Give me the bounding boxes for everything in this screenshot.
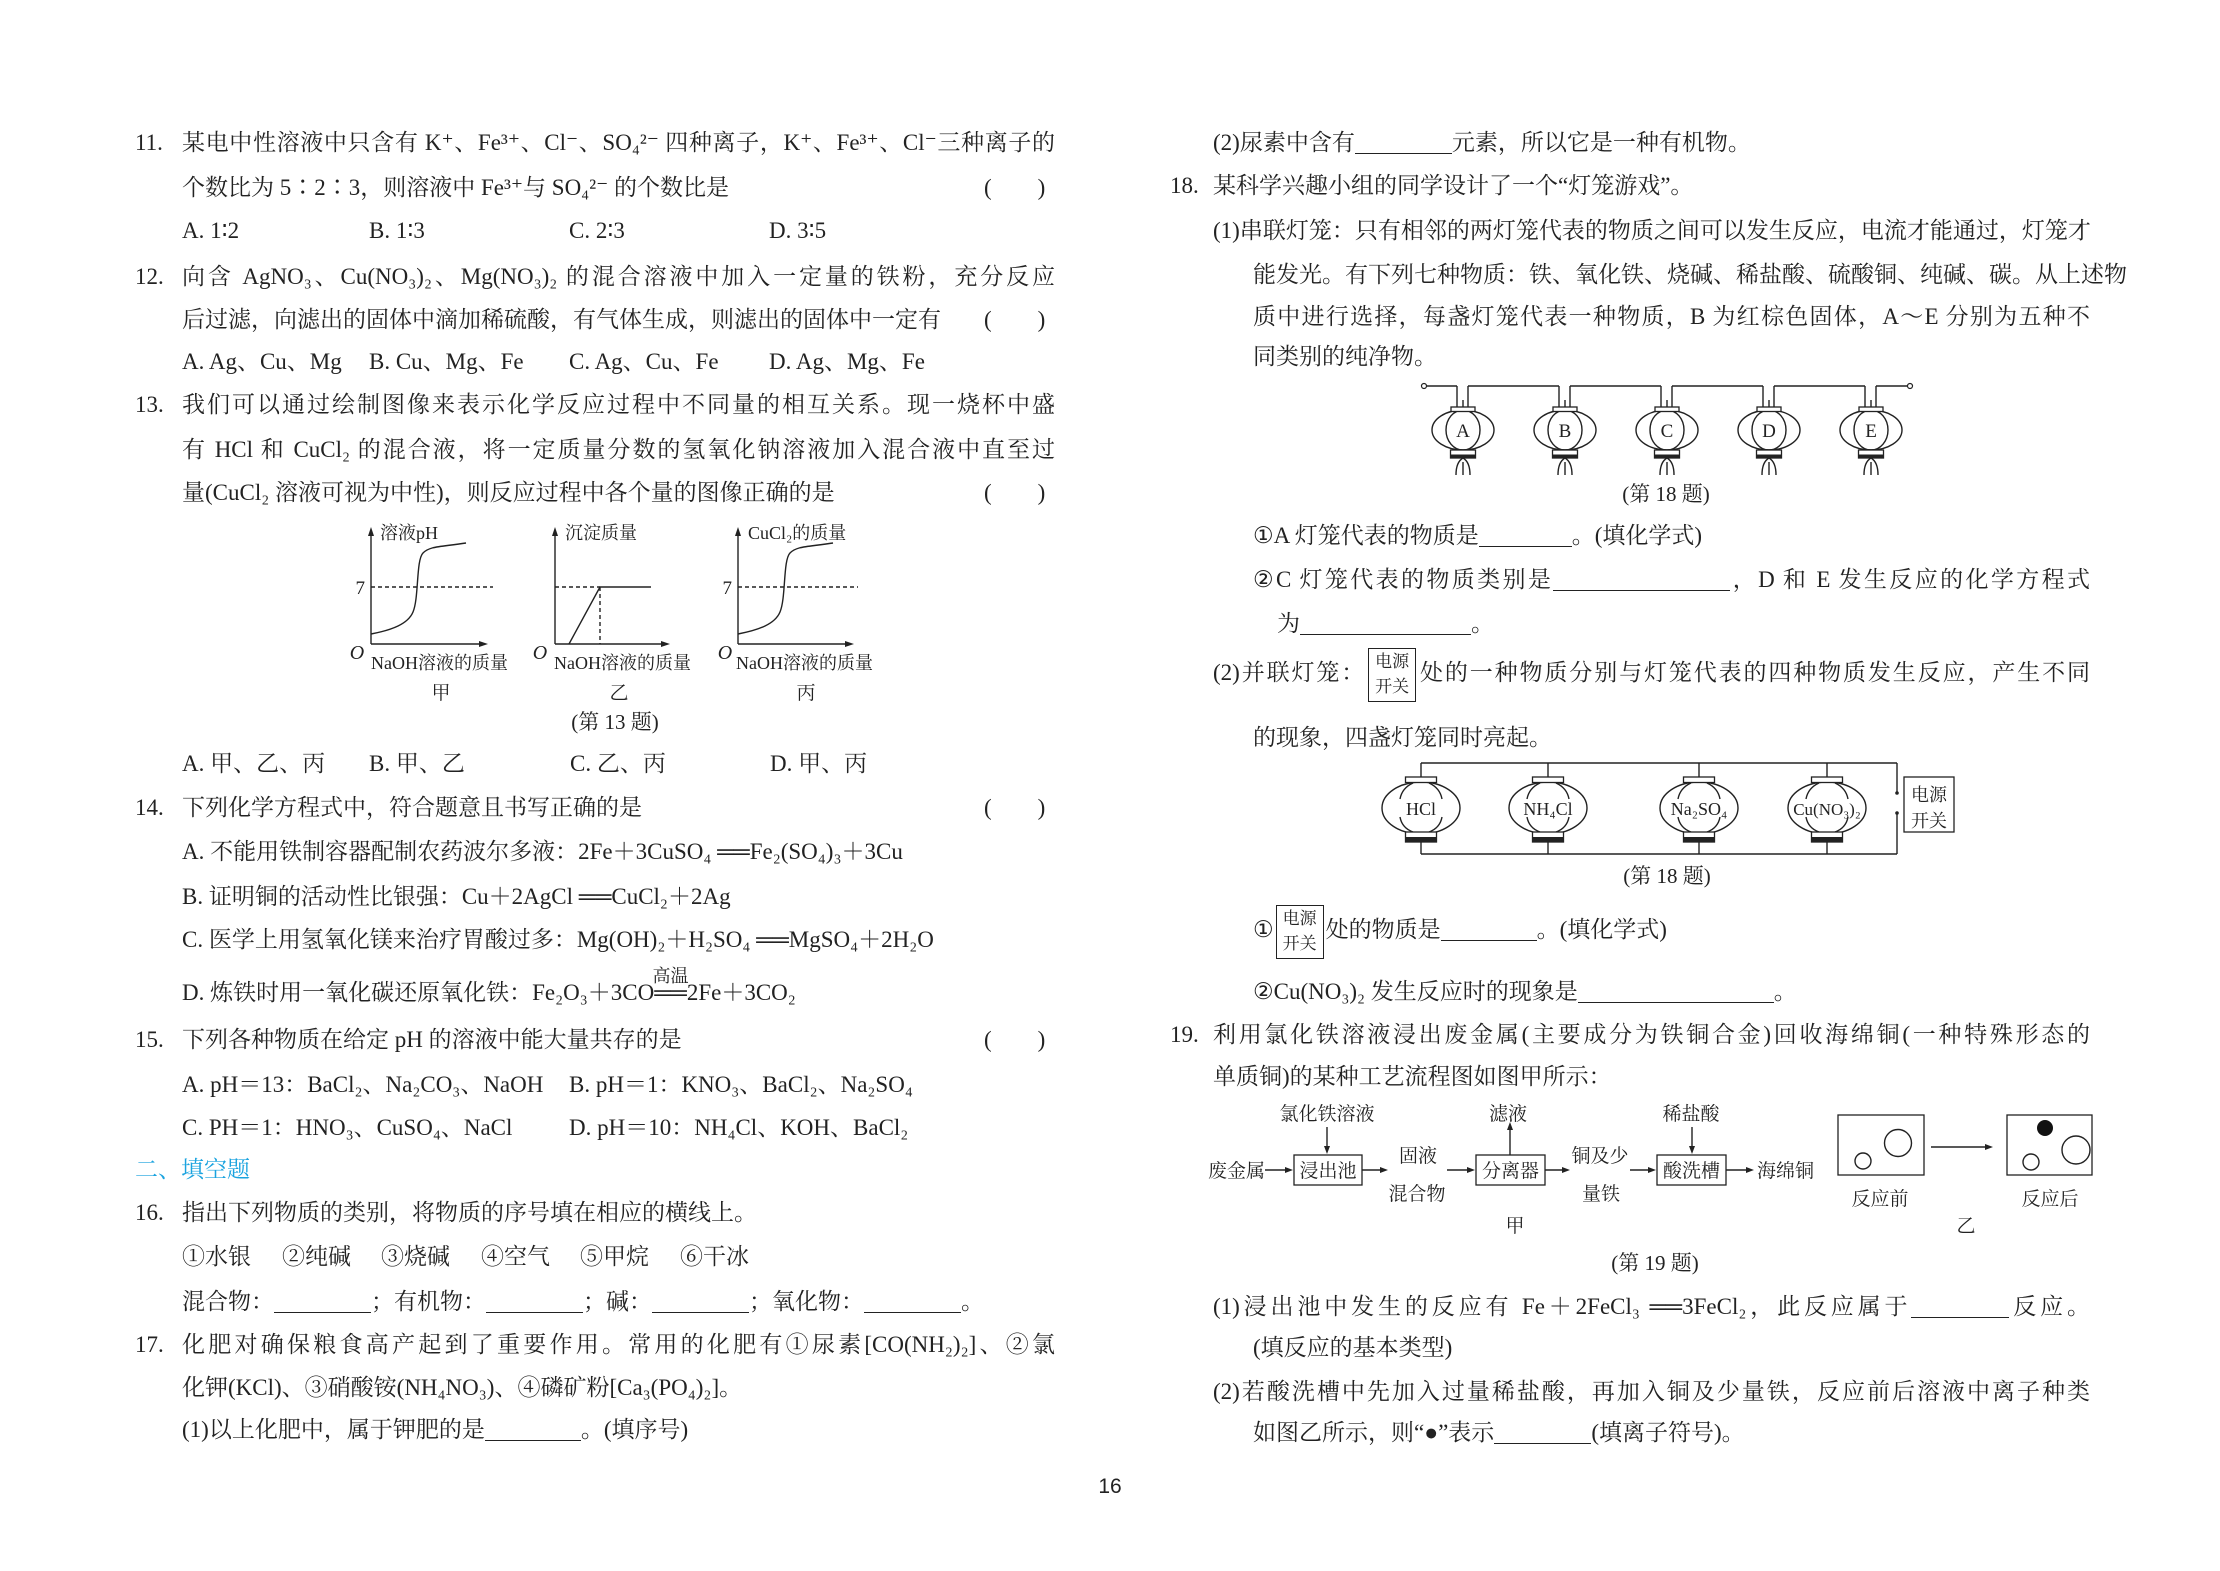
q16-item-2: ②纯碱: [282, 1235, 351, 1279]
q2-text: ②Cu(NO₃)₂ 发生反应时的现象是: [1253, 979, 1578, 1004]
y-axis-arrow-icon: [552, 527, 558, 536]
q2-tail: 。: [1774, 979, 1797, 1004]
q14-number: 14.: [135, 786, 164, 830]
q19-line-1: 利用氯化铁溶液浸出废金属(主要成分为铁铜合金)回收海绵铜(一种特殊形态的: [1213, 1013, 2090, 1057]
series-lantern-diagram: A B C D: [1410, 375, 1930, 485]
q14-option-a: A. 不能用铁制容器配制农药波尔多液：2Fe＋3CuSO₄ ══Fe₂(SO₄)…: [182, 830, 903, 874]
q15-option-b: B. pH＝1：KNO₃、BaCl₂、Na₂SO₄: [569, 1063, 913, 1107]
graph-yi: O 沉淀质量 NaOH溶液的质量 乙: [533, 523, 691, 704]
lantern-label: HCl: [1406, 799, 1436, 819]
q14-option-c: C. 医学上用氢氧化镁来治疗胃酸过多：Mg(OH)₂＋H₂SO₄ ══MgSO₄…: [182, 918, 934, 962]
q11-option-d: D. 3∶5: [769, 209, 826, 253]
x-axis-arrow-icon: [845, 641, 854, 647]
q19-number: 19.: [1170, 1013, 1199, 1057]
lantern-e: E: [1840, 386, 1902, 475]
q14-stem: 下列化学方程式中，符合题意且书写正确的是: [182, 786, 642, 830]
sub1-text: (1)以上化肥中，属于钾肥的是: [182, 1417, 485, 1442]
y-axis-label: 沉淀质量: [565, 523, 637, 543]
sub1-tail: 。(填序号): [581, 1417, 688, 1442]
terminal-left: [1422, 384, 1427, 389]
q12-option-a: A. Ag、Cu、Mg: [182, 340, 342, 384]
q1-text: ①A 灯笼代表的物质是: [1253, 523, 1479, 548]
q16-number: 16.: [135, 1191, 164, 1235]
q13-line-3: 量(CuCl₂ 溶液可视为中性)，则反应过程中各个量的图像正确的是: [182, 471, 835, 515]
section-heading-fill-in: 二、填空题: [135, 1148, 250, 1192]
q18-number: 18.: [1170, 164, 1199, 208]
q1-tail: 。(填化学式): [1537, 917, 1667, 942]
sub2-text: 如图乙所示，则“●”表示: [1253, 1420, 1494, 1445]
q14-option-b: B. 证明铜的活动性比银强：Cu＋2AgCl ══CuCl₂＋2Ag: [182, 875, 731, 919]
q14-answer-paren: ( ): [984, 786, 1045, 830]
box-top: 电源: [1369, 649, 1415, 674]
unit-label: 浸出池: [1299, 1160, 1356, 1182]
q13-number: 13.: [135, 383, 164, 427]
q11-number: 11.: [135, 121, 163, 165]
q13-answer-paren: ( ): [984, 471, 1045, 515]
q18-part1-q1: ①A 灯笼代表的物质是。(填化学式): [1253, 514, 1702, 558]
q19-sub-1: (1)浸出池中发生的反应有 Fe＋2FeCl₃ ══3FeCl₂，此反应属于反应…: [1213, 1285, 2090, 1329]
q18-part2-line-1: (2)并联灯笼：电源开关处的一种物质分别与灯笼代表的四种物质发生反应，产生不同: [1213, 651, 2090, 695]
label-base: ；碱：: [583, 1289, 652, 1314]
box-bottom: 开关: [1369, 674, 1415, 699]
q17-number: 17.: [135, 1323, 164, 1367]
q16-item-1: ①水银: [182, 1235, 251, 1279]
curve: [371, 543, 466, 634]
arrow-right-icon: [1285, 1167, 1293, 1173]
x-axis-label: NaOH溶液的质量: [736, 653, 873, 673]
reaction-condition-sign: 高温══: [654, 981, 687, 1004]
switch-top-label: 电源: [1911, 785, 1948, 805]
answer-blank: [1911, 1317, 2009, 1318]
lantern-label: E: [1865, 421, 1877, 442]
sub2-text: (2)尿素中含有: [1213, 130, 1355, 155]
q13-line-2: 有 HCl 和 CuCl₂ 的混合液，将一定质量分数的氢氧化钠溶液加入混合液中直…: [182, 428, 1055, 472]
y-tick-7: 7: [723, 578, 733, 599]
q19-line-2: 单质铜)的某种工艺流程图如图甲所示：: [1213, 1055, 1612, 1099]
y-tick-7: 7: [356, 578, 366, 599]
q11-line-1: 某电中性溶液中只含有 K⁺、Fe³⁺、Cl⁻、SO₄²⁻ 四种离子，K⁺、Fe³…: [182, 121, 1055, 165]
y-axis-arrow-icon: [368, 527, 374, 536]
answer-blank: [1479, 546, 1572, 547]
answer-blank-mixture: [274, 1312, 371, 1313]
exam-page: 11. 某电中性溶液中只含有 K⁺、Fe³⁺、Cl⁻、SO₄²⁻ 四种离子，K⁺…: [0, 0, 2220, 1571]
lantern-c: C: [1636, 386, 1698, 475]
precipitate-line: [569, 587, 651, 644]
arrow-down-icon: [1689, 1146, 1695, 1154]
stream2-top: 铜及少: [1571, 1145, 1628, 1167]
power-switch-box: 电源开关: [1368, 648, 1416, 702]
origin-label: O: [350, 642, 364, 664]
figure-label-jia: 甲: [1505, 1216, 1524, 1237]
lantern-label: Cu(NO₃)₂: [1793, 800, 1861, 819]
lantern-hcl: HCl: [1382, 763, 1460, 854]
lantern-label: B: [1559, 421, 1572, 442]
q16-answer-line: 混合物：；有机物：；碱：；氧化物：。: [182, 1280, 984, 1324]
q18-series-caption: (第 18 题): [1596, 472, 1736, 516]
q15-option-d: D. pH＝10：NH₄Cl、KOH、BaCl₂: [569, 1106, 908, 1150]
stream2-bottom: 量铁: [1582, 1183, 1620, 1205]
figure-label-yi: 乙: [1956, 1216, 1975, 1237]
q19-figure-caption: (第 19 题): [1585, 1241, 1725, 1285]
sub2-tail: (填离子符号)。: [1591, 1420, 1744, 1445]
q12-option-c: C. Ag、Cu、Fe: [569, 340, 719, 384]
arrow-right-icon: [1648, 1167, 1656, 1173]
answer-blank-category: [1553, 590, 1730, 591]
part2-prefix: (2)并联灯笼：: [1213, 660, 1366, 685]
x-axis-arrow-icon: [479, 641, 488, 647]
unit-label: 分离器: [1482, 1160, 1539, 1182]
q12-line-2: 后过滤，向滤出的固体中滴加稀硫酸，有气体生成，则滤出的固体中一定有: [182, 298, 941, 342]
graph-bing: 7 O CuCl₂的质量 NaOH溶液的质量 丙: [718, 523, 873, 704]
q2-line2-tail: 。: [1471, 611, 1494, 636]
y-axis-arrow-icon: [735, 527, 741, 536]
graph-name: 甲: [431, 683, 450, 704]
answer-blank: [1355, 153, 1452, 154]
q16-stem: 指出下列物质的类别，将物质的序号填在相应的横线上。: [182, 1191, 757, 1235]
origin-label: O: [718, 642, 732, 664]
parallel-lantern-diagram: 电源 开关 HCl NH₄Cl Na₂SO₄: [1370, 755, 1970, 860]
reagent-dilute-hcl: 稀盐酸: [1662, 1103, 1720, 1125]
product-sponge-copper: 海绵铜: [1757, 1160, 1814, 1182]
q1-tail: 。(填化学式): [1572, 523, 1702, 548]
origin-label: O: [533, 642, 547, 664]
q15-answer-paren: ( ): [984, 1018, 1045, 1062]
label-organic: ；有机物：: [371, 1289, 486, 1314]
lantern-nh4cl: NH₄Cl: [1509, 763, 1587, 854]
power-switch: 电源 开关: [1904, 777, 1954, 832]
q18-part1-line-2: 能发光。有下列七种物质：铁、氧化铁、烧碱、稀盐酸、硫酸铜、纯碱、碳。从上述物: [1253, 253, 2090, 297]
sub1-text: (1)浸出池中发生的反应有 Fe＋2FeCl₃ ══3FeCl₂，此反应属于: [1213, 1294, 1911, 1319]
q12-option-b: B. Cu、Mg、Fe: [369, 340, 524, 384]
q18-part1-line-4: 同类别的纯净物。: [1253, 335, 1437, 379]
q1-text: 处的物质是: [1326, 917, 1441, 942]
q12-line-1: 向含 AgNO₃、Cu(NO₃)₂、Mg(NO₃)₂ 的混合溶液中加入一定量的铁…: [182, 255, 1055, 299]
q12-answer-paren: ( ): [984, 298, 1045, 342]
answer-blank: [485, 1440, 581, 1441]
q13-option-d: D. 甲、丙: [770, 742, 867, 786]
lantern-b: B: [1534, 386, 1596, 475]
graph-jia: 7 O 溶液pH NaOH溶液的质量 甲: [350, 523, 508, 704]
q15-stem: 下列各种物质在给定 pH 的溶液中能大量共存的是: [182, 1018, 682, 1062]
lantern-cu-no3-2: Cu(NO₃)₂: [1788, 763, 1866, 854]
arrow-right-icon: [1562, 1167, 1570, 1173]
lantern-label: D: [1762, 421, 1776, 442]
answer-blank: [1494, 1443, 1591, 1444]
lantern-label: C: [1661, 421, 1674, 442]
sub1-tail: 反应。: [2009, 1294, 2090, 1319]
after-label: 反应后: [2021, 1188, 2078, 1210]
q2-line2-text: 为: [1277, 611, 1300, 636]
lantern-d: D: [1738, 386, 1800, 475]
q16-item-4: ④空气: [481, 1235, 550, 1279]
q15-number: 15.: [135, 1018, 164, 1062]
q17-line-2: 化钾(KCl)、③硝酸铵(NH₄NO₃)、④磷矿粉[Ca₃(PO₄)₂]。: [182, 1366, 742, 1410]
box-top: 电源: [1277, 906, 1323, 931]
y-axis-label: 溶液pH: [380, 523, 438, 543]
q19-process-figure: 氯化铁溶液 废金属 浸出池 固液 混合物 分离器 滤液 铜及少 量铁 酸洗槽 稀…: [1200, 1095, 2110, 1240]
q11-option-c: C. 2∶3: [569, 209, 625, 253]
graph-name: 丙: [796, 682, 815, 704]
q19-sub-2-line-2: 如图乙所示，则“●”表示(填离子符号)。: [1253, 1411, 1745, 1455]
sub2-tail: 元素，所以它是一种有机物。: [1452, 130, 1751, 155]
q12-number: 12.: [135, 255, 164, 299]
lantern-na2so4: Na₂SO₄: [1660, 763, 1738, 854]
q13-option-b: B. 甲、乙: [369, 742, 465, 786]
q13-figure-caption: (第 13 题): [545, 700, 685, 744]
lantern-label: NH₄Cl: [1523, 799, 1572, 819]
arrow-right-icon: [1380, 1167, 1388, 1173]
q17-sub-1: (1)以上化肥中，属于钾肥的是。(填序号): [182, 1408, 688, 1452]
box-bottom: 开关: [1277, 931, 1323, 956]
answer-blank-oxide: [864, 1312, 961, 1313]
answer-blank-base: [652, 1312, 749, 1313]
q16-item-3: ③烧碱: [381, 1235, 450, 1279]
q2-text: ②C 灯笼代表的物质类别是: [1253, 567, 1553, 592]
q18-part1-q2-line2: 为。: [1277, 602, 1494, 646]
stream1-top: 固液: [1399, 1145, 1437, 1167]
option-d-reactants: D. 炼铁时用一氧化碳还原氧化铁：Fe₂O₃＋3CO: [182, 980, 654, 1005]
q2-middle: ，D 和 E 发生反应的化学方程式: [1730, 567, 2090, 592]
line-end: 。: [961, 1289, 984, 1314]
x-axis-arrow-icon: [661, 641, 670, 647]
x-axis-label: NaOH溶液的质量: [554, 653, 691, 673]
answer-blank-organic: [486, 1312, 583, 1313]
q18-part1-q2: ②C 灯笼代表的物质类别是，D 和 E 发生反应的化学方程式: [1253, 558, 2090, 602]
reaction-condition-label: 高温: [644, 967, 697, 985]
option-d-products: 2Fe＋3CO₂: [687, 980, 796, 1005]
q17-sub-2: (2)尿素中含有元素，所以它是一种有机物。: [1213, 121, 1751, 165]
ion-diagram-yi: 反应前 反应后 乙: [1838, 1115, 2092, 1237]
q13-option-a: A. 甲、乙、丙: [182, 742, 325, 786]
series-wires: [1422, 384, 1913, 389]
arrow-right-icon: [1467, 1167, 1475, 1173]
q18-part2-q1: ①电源开关处的物质是。(填化学式): [1253, 908, 1667, 952]
flowchart-jia: 氯化铁溶液 废金属 浸出池 固液 混合物 分离器 滤液 铜及少 量铁 酸洗槽 稀…: [1208, 1103, 1814, 1237]
terminal-right: [1908, 384, 1913, 389]
byproduct-filtrate: 滤液: [1489, 1103, 1527, 1125]
q18-part2-line-2: 的现象，四盏灯笼同时亮起。: [1253, 716, 1552, 760]
answer-blank: [1578, 1002, 1774, 1003]
q11-option-a: A. 1∶2: [182, 209, 239, 253]
feed-scrap-metal: 废金属: [1208, 1160, 1265, 1182]
q15-option-c: C. PH＝1：HNO₃、CuSO₄、NaCl: [182, 1106, 512, 1150]
q19-sub-2-line-1: (2)若酸洗槽中先加入过量稀盐酸，再加入铜及少量铁，反应前后溶液中离子种类: [1213, 1370, 2090, 1414]
lantern-a: A: [1432, 386, 1494, 475]
q13-line-1: 我们可以通过绘制图像来表示化学反应过程中不同量的相互关系。现一烧杯中盛: [182, 383, 1055, 427]
page-number: 16: [1080, 1465, 1140, 1509]
before-label: 反应前: [1851, 1188, 1908, 1210]
label-oxide: ；氧化物：: [749, 1289, 864, 1314]
switch-bottom-label: 开关: [1911, 811, 1947, 831]
arrow-down-icon: [1324, 1146, 1330, 1154]
arrow-right-icon: [1985, 1144, 1993, 1150]
stream1-bottom: 混合物: [1388, 1183, 1445, 1205]
part2-text: 处的一种物质分别与灯笼代表的四种物质发生反应，产生不同: [1418, 660, 2090, 685]
q14-option-d: D. 炼铁时用一氧化碳还原氧化铁：Fe₂O₃＋3CO高温══2Fe＋3CO₂: [182, 971, 796, 1015]
reagent-ferric-chloride: 氯化铁溶液: [1279, 1103, 1374, 1125]
curve: [738, 543, 833, 634]
q18-parallel-caption: (第 18 题): [1597, 854, 1737, 898]
q13-graphs-figure: 7 O 溶液pH NaOH溶液的质量 甲 O 沉淀质量 NaOH溶液的质量 乙: [330, 515, 900, 710]
q13-option-c: C. 乙、丙: [570, 742, 666, 786]
lantern-label: A: [1456, 421, 1470, 442]
q11-line-2: 个数比为 5∶2∶3，则溶液中 Fe³⁺与 SO₄²⁻ 的个数比是: [182, 166, 729, 210]
q16-item-6: ⑥干冰: [680, 1235, 749, 1279]
power-switch-box: 电源开关: [1276, 905, 1324, 959]
q18-part1-line-3: 质中进行选择，每盏灯笼代表一种物质，B 为红棕色固体，A～E 分别为五种不: [1253, 295, 2090, 339]
arrow-right-icon: [1746, 1167, 1754, 1173]
q18-stem: 某科学兴趣小组的同学设计了一个“灯笼游戏”。: [1213, 164, 1693, 208]
label-mixture: 混合物：: [182, 1289, 274, 1314]
q12-option-d: D. Ag、Mg、Fe: [769, 340, 925, 384]
q18-part2-q2: ②Cu(NO₃)₂ 发生反应时的现象是。: [1253, 970, 1797, 1014]
q18-part1-line-1: (1)串联灯笼：只有相邻的两灯笼代表的物质之间可以发生反应，电流才能通过，灯笼才: [1213, 209, 2090, 253]
q15-option-a: A. pH＝13：BaCl₂、Na₂CO₃、NaOH: [182, 1063, 543, 1107]
q17-line-1: 化肥对确保粮食高产起到了重要作用。常用的化肥有①尿素[CO(NH₂)₂]、②氯: [182, 1323, 1055, 1367]
answer-blank-equation: [1300, 634, 1471, 635]
q11-answer-paren: ( ): [984, 166, 1045, 210]
answer-blank: [1441, 940, 1537, 941]
q1-marker: ①: [1253, 917, 1274, 942]
y-axis-label: CuCl₂的质量: [748, 523, 846, 543]
q16-item-5: ⑤甲烷: [580, 1235, 649, 1279]
filled-ion-dot: [2037, 1120, 2053, 1136]
q19-sub-1-line-2: (填反应的基本类型): [1253, 1326, 1452, 1370]
lantern-label: Na₂SO₄: [1671, 799, 1728, 819]
q11-option-b: B. 1∶3: [369, 209, 425, 253]
unit-label: 酸洗槽: [1663, 1160, 1720, 1182]
x-axis-label: NaOH溶液的质量: [371, 653, 508, 673]
